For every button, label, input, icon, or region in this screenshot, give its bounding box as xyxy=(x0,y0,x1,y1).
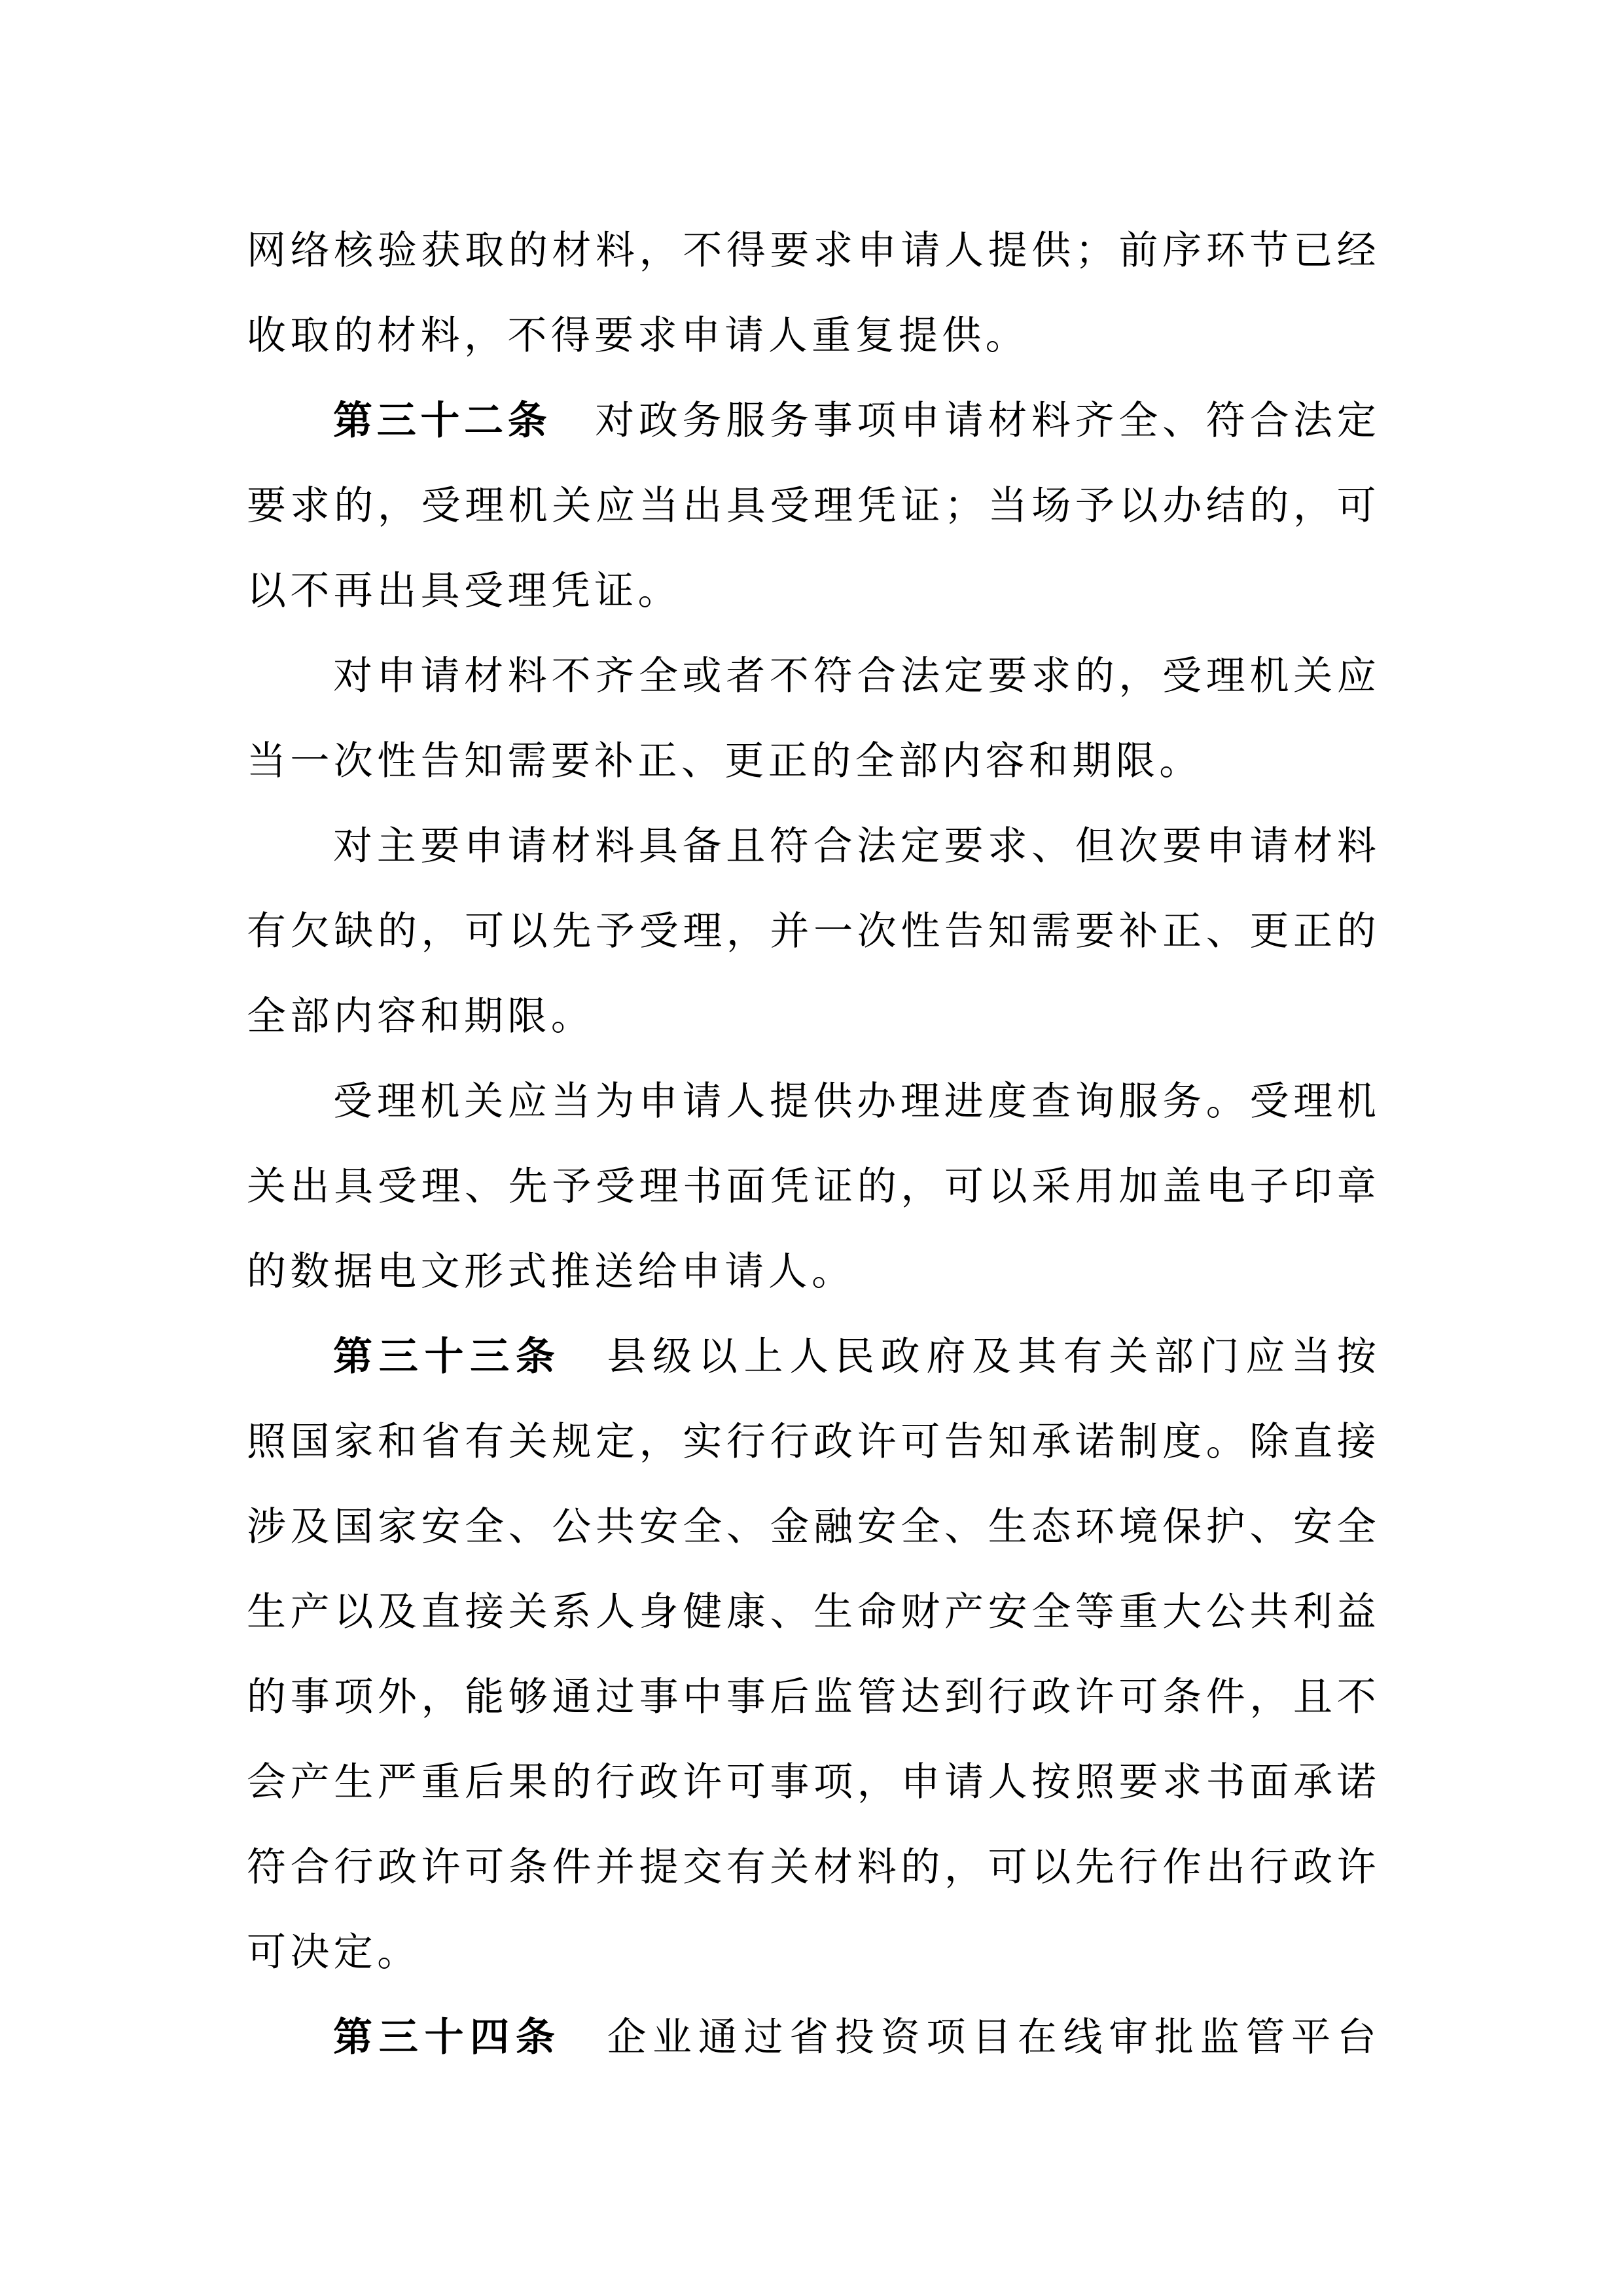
text-line: 的事项外，能够通过事中事后监管达到行政许可条件，且不 xyxy=(247,1655,1376,1740)
article-paragraph: 第三十三条县级以上人民政府及其有关部门应当按照国家和省有关规定，实行行政许可告知… xyxy=(247,1314,1376,1995)
text-line: 可决定。 xyxy=(247,1910,1376,1995)
text-line: 有欠缺的，可以先予受理，并一次性告知需要补正、更正的 xyxy=(247,889,1376,974)
text-line: 收取的材料，不得要求申请人重复提供。 xyxy=(247,293,1376,378)
text-line: 关出具受理、先予受理书面凭证的，可以采用加盖电子印章 xyxy=(247,1144,1376,1229)
text-line: 照国家和省有关规定，实行行政许可告知承诺制度。除直接 xyxy=(247,1399,1376,1484)
text-line: 当一次性告知需要补正、更正的全部内容和期限。 xyxy=(247,719,1376,804)
text-line: 第三十四条企业通过省投资项目在线审批监管平台 xyxy=(247,1995,1376,2080)
paragraph: 对申请材料不齐全或者不符合法定要求的，受理机关应当一次性告知需要补正、更正的全部… xyxy=(247,634,1376,804)
paragraph: 对主要申请材料具备且符合法定要求、但次要申请材料有欠缺的，可以先予受理，并一次性… xyxy=(247,804,1376,1059)
document-page: 网络核验获取的材料，不得要求申请人提供；前序环节已经收取的材料，不得要求申请人重… xyxy=(0,0,1623,2296)
text-line: 对主要申请材料具备且符合法定要求、但次要申请材料 xyxy=(247,804,1376,889)
text-line: 生产以及直接关系人身健康、生命财产安全等重大公共利益 xyxy=(247,1570,1376,1655)
text-line: 第三十二条对政务服务事项申请材料齐全、符合法定 xyxy=(247,378,1376,463)
article-paragraph: 第三十四条企业通过省投资项目在线审批监管平台 xyxy=(247,1995,1376,2080)
text-line: 网络核验获取的材料，不得要求申请人提供；前序环节已经 xyxy=(247,208,1376,293)
text-line: 以不再出具受理凭证。 xyxy=(247,548,1376,634)
document-body: 网络核验获取的材料，不得要求申请人提供；前序环节已经收取的材料，不得要求申请人重… xyxy=(247,208,1376,2080)
text-line: 第三十三条县级以上人民政府及其有关部门应当按 xyxy=(247,1314,1376,1399)
text-line: 对申请材料不齐全或者不符合法定要求的，受理机关应 xyxy=(247,634,1376,719)
text-line: 会产生严重后果的行政许可事项，申请人按照要求书面承诺 xyxy=(247,1740,1376,1825)
article-paragraph: 第三十二条对政务服务事项申请材料齐全、符合法定要求的，受理机关应当出具受理凭证；… xyxy=(247,378,1376,634)
text-line: 全部内容和期限。 xyxy=(247,974,1376,1059)
text-line: 符合行政许可条件并提交有关材料的，可以先行作出行政许 xyxy=(247,1825,1376,1910)
text-line: 的数据电文形式推送给申请人。 xyxy=(247,1229,1376,1314)
paragraph: 网络核验获取的材料，不得要求申请人提供；前序环节已经收取的材料，不得要求申请人重… xyxy=(247,208,1376,378)
paragraph: 受理机关应当为申请人提供办理进度查询服务。受理机关出具受理、先予受理书面凭证的，… xyxy=(247,1059,1376,1314)
text-line: 受理机关应当为申请人提供办理进度查询服务。受理机 xyxy=(247,1059,1376,1144)
text-line: 要求的，受理机关应当出具受理凭证；当场予以办结的，可 xyxy=(247,463,1376,548)
text-line: 涉及国家安全、公共安全、金融安全、生态环境保护、安全 xyxy=(247,1484,1376,1570)
